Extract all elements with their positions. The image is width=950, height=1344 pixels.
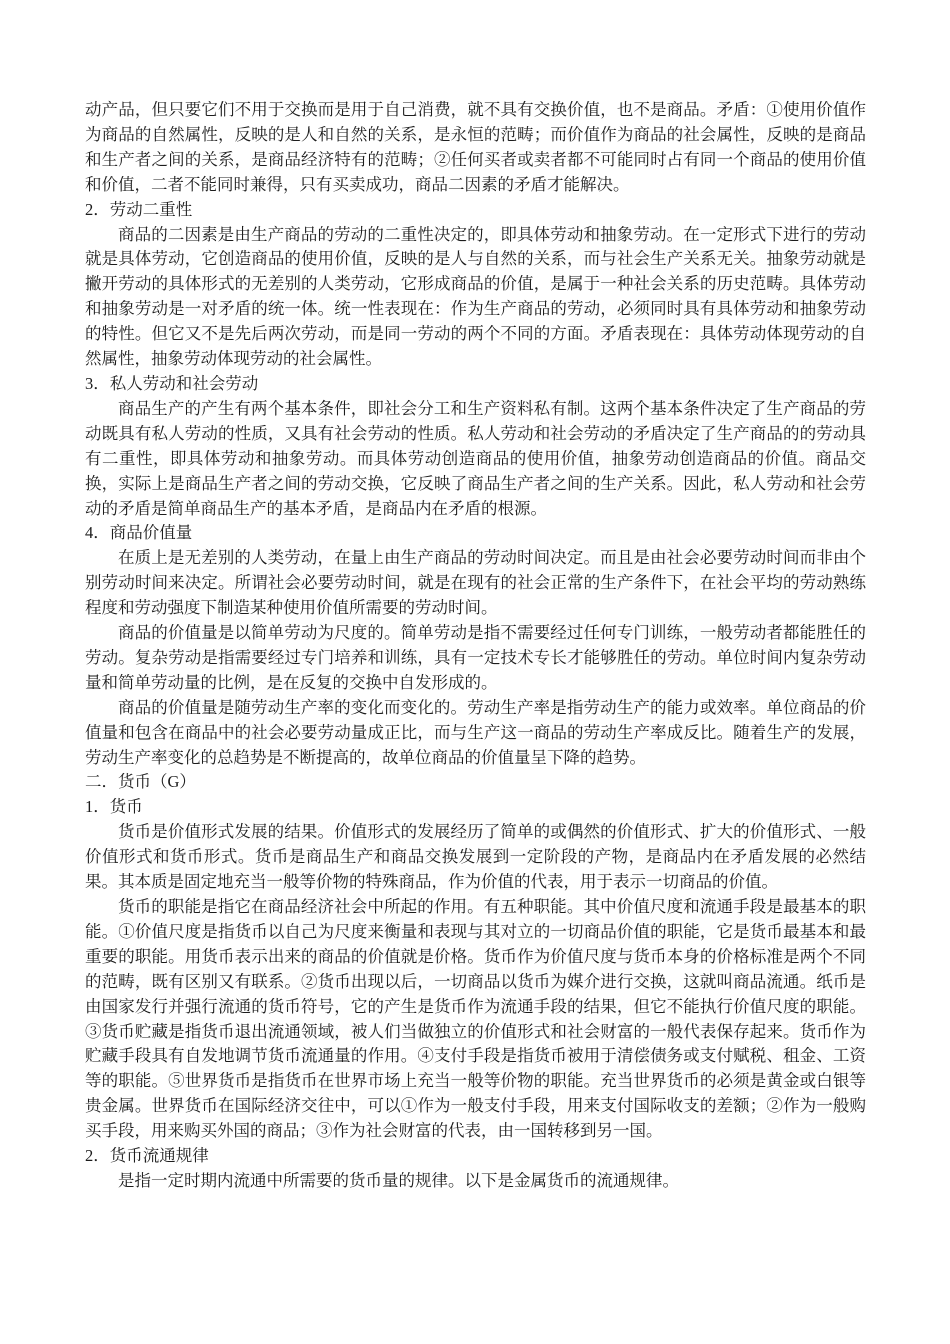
- section-heading: 2．货币流通规律: [85, 1144, 866, 1169]
- section-heading: 3．私人劳动和社会劳动: [85, 372, 866, 397]
- paragraph: 是指一定时期内流通中所需要的货币量的规律。以下是金属货币的流通规律。: [85, 1169, 866, 1194]
- section-heading: 1．货币: [85, 795, 866, 820]
- document-text: 动产品，但只要它们不用于交换而是用于自己消费，就不具有交换价值，也不是商品。矛盾…: [85, 98, 866, 1194]
- section-heading: 2．劳动二重性: [85, 198, 866, 223]
- paragraph: 商品的价值量是以简单劳动为尺度的。简单劳动是指不需要经过任何专门训练，一般劳动者…: [85, 621, 866, 696]
- paragraph: 商品的二因素是由生产商品的劳动的二重性决定的，即具体劳动和抽象劳动。在一定形式下…: [85, 223, 866, 372]
- paragraph: 商品生产的产生有两个基本条件，即社会分工和生产资料私有制。这两个基本条件决定了生…: [85, 397, 866, 522]
- paragraph: 货币是价值形式发展的结果。价值形式的发展经历了简单的或偶然的价值形式、扩大的价值…: [85, 820, 866, 895]
- section-heading: 二．货币（G）: [85, 770, 866, 795]
- paragraph: 在质上是无差别的人类劳动，在量上由生产商品的劳动时间决定。而且是由社会必要劳动时…: [85, 546, 866, 621]
- document-page: 动产品，但只要它们不用于交换而是用于自己消费，就不具有交换价值，也不是商品。矛盾…: [0, 0, 950, 1344]
- section-heading: 4．商品价值量: [85, 521, 866, 546]
- paragraph: 货币的职能是指它在商品经济社会中所起的作用。有五种职能。其中价值尺度和流通手段是…: [85, 895, 866, 1144]
- paragraph: 动产品，但只要它们不用于交换而是用于自己消费，就不具有交换价值，也不是商品。矛盾…: [85, 98, 866, 198]
- paragraph: 商品的价值量是随劳动生产率的变化而变化的。劳动生产率是指劳动生产的能力或效率。单…: [85, 696, 866, 771]
